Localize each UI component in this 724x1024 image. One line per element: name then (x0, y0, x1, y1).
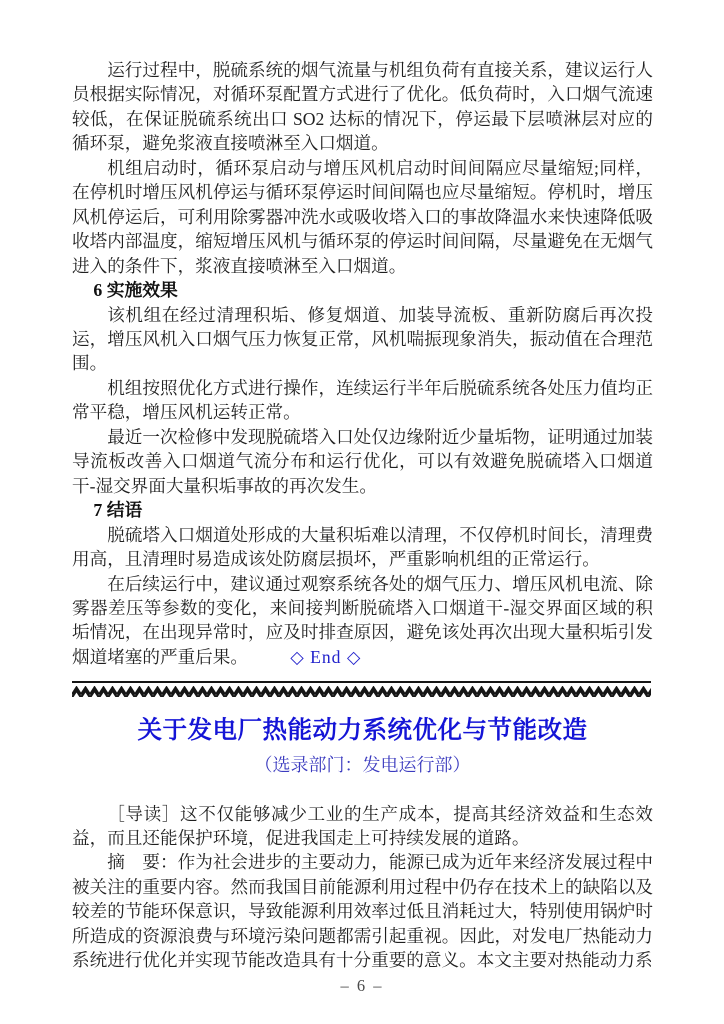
paragraph-s6-3: 最近一次检修中发现脱硫塔入口处仅边缘附近少量垢物，证明通过加装导流板改善入口烟道… (72, 425, 653, 498)
divider-top-line (72, 681, 651, 683)
paragraph-startup: 机组启动时，循环泵启动与增压风机启动时间间隔应尽量缩短;同样，在停机时增压风机停… (72, 156, 653, 278)
paragraph-s6-2: 机组按照优化方式进行操作，连续运行半年后脱硫系统各处压力值均正常平稳，增压风机运… (72, 376, 653, 425)
document-page: 运行过程中，脱硫系统的烟气流量与机组负荷有直接关系，建议运行人员根据实际情况，对… (0, 0, 724, 1024)
paragraph-s7-1: 脱硫塔入口烟道处形成的大量积垢难以清理，不仅停机时间长，清理费用高，且清理时易造… (72, 523, 653, 572)
paragraph-s6-1: 该机组在经过清理积垢、修复烟道、加装导流板、重新防腐后再次投运，增压风机入口烟气… (72, 303, 653, 376)
page-content: 运行过程中，脱硫系统的烟气流量与机组负荷有直接关系，建议运行人员根据实际情况，对… (72, 58, 653, 973)
zigzag-pattern-icon (72, 686, 651, 697)
paragraph-s7-2: 在后续运行中，建议通过观察系统各处的烟气压力、增压风机电流、除雾器差压等参数的变… (72, 572, 653, 670)
end-marker: ◇ End ◇ (248, 647, 361, 667)
page-number: – 6 – (0, 976, 724, 996)
abstract-paragraph: 摘 要：作为社会进步的主要动力，能源已成为近年来经济发展过程中被关注的重要内容。… (72, 850, 653, 972)
section-heading-6: 6 实施效果 (72, 278, 653, 302)
paragraph-s7-2-text: 在后续运行中，建议通过观察系统各处的烟气压力、增压风机电流、除雾器差压等参数的变… (72, 574, 653, 667)
section-heading-7: 7 结语 (72, 498, 653, 522)
lead-paragraph: ［导读］这不仅能够减少工业的生产成本，提高其经济效益和生态效益，而且还能保护环境… (72, 802, 653, 851)
article-subtitle: （选录部门：发电运行部） (72, 753, 653, 778)
article-thermal: 关于发电厂热能动力系统优化与节能改造 （选录部门：发电运行部） ［导读］这不仅能… (72, 714, 653, 972)
article-desulfurization: 运行过程中，脱硫系统的烟气流量与机组负荷有直接关系，建议运行人员根据实际情况，对… (72, 58, 653, 669)
article-title: 关于发电厂热能动力系统优化与节能改造 (72, 714, 653, 747)
zigzag-divider (72, 681, 651, 697)
paragraph-operation: 运行过程中，脱硫系统的烟气流量与机组负荷有直接关系，建议运行人员根据实际情况，对… (72, 58, 653, 156)
